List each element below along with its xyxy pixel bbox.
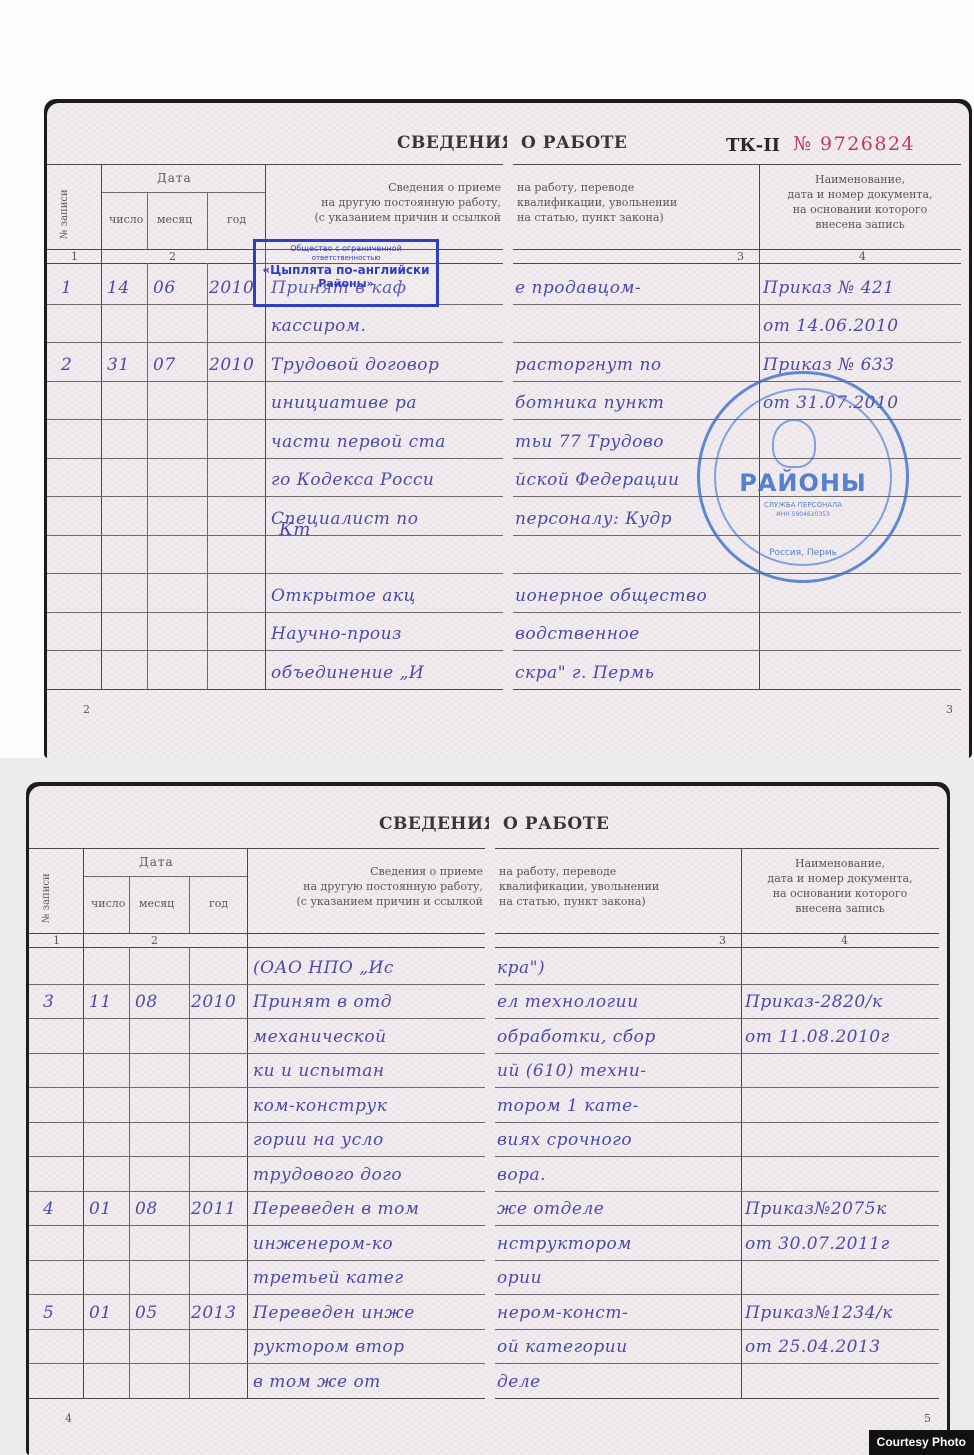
col-number-1: 1	[71, 250, 78, 263]
col-header-year: год	[209, 896, 228, 911]
col-number-1: 1	[53, 934, 60, 947]
page-5: О РАБОТЕ на работу, переводеквалификации…	[489, 786, 947, 1455]
row-line	[29, 1191, 485, 1192]
row-line	[513, 304, 961, 305]
col-header-day: число	[91, 896, 125, 911]
record-number: 5	[43, 1303, 54, 1323]
row-line	[47, 612, 503, 613]
row-line	[495, 1329, 939, 1330]
page-number: 5	[924, 1412, 931, 1425]
row-line	[47, 381, 503, 382]
stamp-city-text: Россия, Пермь	[700, 548, 906, 558]
table-top-border	[495, 848, 939, 849]
record-document: от 14.06.2010	[763, 316, 899, 336]
header-line: на другую постоянную работу,	[315, 195, 502, 210]
record-text-left: части первой ста	[271, 432, 446, 452]
page-number: 2	[83, 703, 90, 716]
record-text-right: водственное	[515, 624, 640, 644]
row-line	[495, 1294, 939, 1295]
header-line: Сведения о приеме	[297, 864, 484, 879]
row-line	[29, 1156, 485, 1157]
record-text-right: виях срочного	[497, 1130, 632, 1150]
record-text-left: в том же от	[253, 1372, 381, 1392]
record-text-left: инженером-ко	[253, 1234, 393, 1254]
record-document: Приказ № 633	[763, 355, 895, 375]
record-text-left: Научно-произ	[271, 624, 402, 644]
record-text-left: объединение „И	[271, 663, 424, 683]
row-line	[29, 1294, 485, 1295]
record-month: 08	[135, 1199, 158, 1219]
record-text-left: Переведен инже	[253, 1303, 415, 1323]
record-text-right: обработки, сбор	[497, 1027, 656, 1047]
row-line	[29, 1363, 485, 1364]
row-line	[495, 1053, 939, 1054]
col-header-document: Наименование,дата и номер документа,на о…	[745, 856, 935, 916]
record-text-right: же отделе	[497, 1199, 604, 1219]
record-document: Приказ № 421	[763, 278, 895, 298]
record-day: 01	[89, 1199, 112, 1219]
col-divider	[83, 848, 84, 1398]
col-header-document: Наименование,дата и номер документа,на о…	[763, 172, 957, 232]
record-month: 06	[153, 278, 176, 298]
record-document: Приказ№1234/к	[745, 1303, 893, 1323]
record-text-right: кра")	[497, 958, 545, 978]
record-text-right: ой категории	[497, 1337, 628, 1357]
col-header-info-left: Сведения о приемена другую постоянную ра…	[315, 180, 502, 225]
row-line	[29, 1329, 485, 1330]
record-text-left: инициативе ра	[271, 393, 417, 413]
header-line: (с указанием причин и ссылкой	[315, 210, 502, 225]
table-top-border	[29, 848, 485, 849]
row-line	[47, 458, 503, 459]
table-top-border	[47, 164, 503, 165]
top-spread: СВЕДЕНИЯ № записиДатачисломесяцгодСведен…	[0, 0, 974, 758]
record-text-right: ботника пункт	[515, 393, 664, 413]
page-number: 3	[946, 703, 953, 716]
header-line: Наименование,	[763, 172, 957, 187]
page-4: СВЕДЕНИЯ № записиДатачисломесяцгодСведен…	[29, 786, 489, 1455]
photo-credit: Courtesy Photo	[869, 1430, 974, 1455]
page-number: 4	[65, 1412, 72, 1425]
col-divider	[189, 947, 190, 1398]
record-month: 07	[153, 355, 176, 375]
row-line	[513, 573, 961, 574]
heading-right: О РАБОТЕ	[521, 133, 627, 153]
row-line	[495, 1363, 939, 1364]
record-text-left: третьей катег	[253, 1268, 403, 1288]
record-text-left: Трудовой договор	[271, 355, 439, 375]
row-line	[495, 1087, 939, 1088]
record-text-right: скра" г. Пермь	[515, 663, 654, 683]
record-document: Приказ-2820/к	[745, 992, 883, 1012]
row-line	[29, 1122, 485, 1123]
record-text-right: ории	[497, 1268, 542, 1288]
row-line	[29, 1260, 485, 1261]
row-line	[495, 984, 939, 985]
record-text-right: тором 1 кате-	[497, 1096, 639, 1116]
header-line: Наименование,	[745, 856, 935, 871]
table-bottom-border	[495, 1398, 939, 1399]
record-text-left: ки и испытан	[253, 1061, 385, 1081]
heading-left: СВЕДЕНИЯ	[397, 133, 507, 153]
record-text-left: руктором втор	[253, 1337, 405, 1357]
record-year: 2010	[191, 992, 236, 1012]
record-text-right: вора.	[497, 1165, 546, 1185]
row-line	[47, 419, 503, 420]
record-year: 2013	[191, 1303, 236, 1323]
row-line	[47, 496, 503, 497]
row-line	[495, 1260, 939, 1261]
stamp-dept-text: СЛУЖБА ПЕРСОНАЛА	[700, 501, 906, 509]
col-number-4: 4	[859, 250, 866, 263]
bottom-spread: СВЕДЕНИЯ № записиДатачисломесяцгодСведен…	[0, 758, 974, 1455]
record-text-right: ий (610) техни-	[497, 1061, 647, 1081]
row-line	[29, 1087, 485, 1088]
header-line: на статью, пункт закона)	[499, 894, 659, 909]
record-document: от 25.04.2013	[745, 1337, 881, 1357]
stamp-inn-text: ИНН 5904620353	[700, 511, 906, 518]
page-2: СВЕДЕНИЯ № записиДатачисломесяцгодСведен…	[47, 103, 507, 758]
record-text-left: гории на усло	[253, 1130, 384, 1150]
row-line	[513, 381, 961, 382]
col-header-month: месяц	[139, 896, 174, 911]
table-bottom-border	[29, 1398, 485, 1399]
record-text-left: Принят в отд	[253, 992, 392, 1012]
header-line: дата и номер документа,	[745, 871, 935, 886]
col-number-2: 2	[151, 934, 158, 947]
header-line: на основании которого	[745, 886, 935, 901]
col-header-record-no: № записи	[39, 873, 54, 923]
stamp-line: «Цыплята по-английски	[256, 263, 436, 277]
record-month: 08	[135, 992, 158, 1012]
col-header-info-right: на работу, переводеквалификации, увольне…	[517, 180, 677, 225]
record-document: Приказ№2075к	[745, 1199, 887, 1219]
col-divider	[247, 848, 248, 1398]
record-day: 31	[107, 355, 130, 375]
header-line: внесена запись	[745, 901, 935, 916]
row-line	[47, 342, 503, 343]
record-month: 05	[135, 1303, 158, 1323]
row-line	[495, 1156, 939, 1157]
header-line: на основании которого	[763, 202, 957, 217]
record-day: 14	[107, 278, 130, 298]
stamp-emblem-icon	[772, 419, 816, 468]
record-text-left: Открытое акц	[271, 586, 416, 606]
header-bottom-border	[495, 933, 939, 934]
record-text-right: нером-конст-	[497, 1303, 628, 1323]
col-divider	[129, 876, 130, 933]
col-divider	[147, 192, 148, 249]
company-round-stamp: РАЙОНЫСЛУЖБА ПЕРСОНАЛАИНН 5904620353Росс…	[697, 371, 909, 583]
header-line: на работу, переводе	[517, 180, 677, 195]
row-line	[495, 1191, 939, 1192]
serial-number: № 9726824	[793, 133, 915, 155]
header-line: квалификации, увольнении	[517, 195, 677, 210]
row-line	[29, 1053, 485, 1054]
record-day: 01	[89, 1303, 112, 1323]
form-series: ТК-II	[726, 135, 780, 156]
heading-right: О РАБОТЕ	[503, 814, 609, 834]
col-header-record-no: № записи	[57, 189, 72, 239]
col-number-3: 3	[737, 250, 744, 263]
header-line: Сведения о приеме	[315, 180, 502, 195]
row-line	[513, 650, 961, 651]
row-line	[513, 612, 961, 613]
col-header-info-left: Сведения о приемена другую постоянную ра…	[297, 864, 484, 909]
col-header-day: число	[109, 212, 143, 227]
col-divider	[207, 192, 208, 249]
header-line: квалификации, увольнении	[499, 879, 659, 894]
signature: Кт	[279, 519, 311, 540]
record-number: 1	[61, 278, 72, 298]
record-text-right: расторгнут по	[515, 355, 662, 375]
col-divider	[101, 164, 102, 689]
record-text-right: е продавцом-	[515, 278, 641, 298]
date-header-divider	[101, 192, 265, 193]
page-3: О РАБОТЕ ТК-II № 9726824 на работу, пере…	[507, 103, 969, 758]
header-line: (с указанием причин и ссылкой	[297, 894, 484, 909]
record-number: 2	[61, 355, 72, 375]
record-year: 2011	[191, 1199, 236, 1219]
workbook-spread-pages-4-5: СВЕДЕНИЯ № записиДатачисломесяцгодСведен…	[26, 782, 950, 1455]
header-line: на другую постоянную работу,	[297, 879, 484, 894]
record-text-left: го Кодекса Росси	[271, 470, 434, 490]
col-header-month: месяц	[157, 212, 192, 227]
heading-left: СВЕДЕНИЯ	[379, 814, 489, 834]
record-text-left: ком-конструк	[253, 1096, 387, 1116]
col-divider	[189, 876, 190, 933]
workbook-spread-pages-2-3: СВЕДЕНИЯ № записиДатачисломесяцгодСведен…	[44, 99, 972, 758]
stamp-center-text: РАЙОНЫ	[700, 469, 906, 497]
record-text-left: механической	[253, 1027, 387, 1047]
record-text-right: тьи 77 Трудово	[515, 432, 664, 452]
stamp-line: Районы»	[256, 277, 436, 290]
table-top-border	[513, 164, 961, 165]
date-header-divider	[83, 876, 247, 877]
row-line	[495, 1122, 939, 1123]
record-number: 3	[43, 992, 54, 1012]
col-header-year: год	[227, 212, 246, 227]
row-line	[29, 1225, 485, 1226]
row-line	[29, 984, 485, 985]
record-text-right: нструктором	[497, 1234, 632, 1254]
record-text-left: Переведен в том	[253, 1199, 419, 1219]
number-row-border	[495, 947, 939, 948]
header-line: на статью, пункт закона)	[517, 210, 677, 225]
record-document: от 30.07.2011г	[745, 1234, 890, 1254]
number-row-border	[29, 947, 485, 948]
col-divider	[129, 947, 130, 1398]
header-bottom-border	[29, 933, 485, 934]
row-line	[495, 1225, 939, 1226]
col-number-4: 4	[841, 934, 848, 947]
record-year: 2010	[209, 278, 254, 298]
record-text-left: (ОАО НПО „Ис	[253, 958, 394, 978]
row-line	[47, 535, 503, 536]
record-text-right: йской Федерации	[515, 470, 680, 490]
col-divider	[207, 263, 208, 689]
col-divider	[147, 263, 148, 689]
stamp-line: Общество с ограниченной	[256, 244, 436, 254]
row-line	[495, 1018, 939, 1019]
record-year: 2010	[209, 355, 254, 375]
record-text-right: персоналу: Кудр	[515, 509, 672, 529]
number-row-border	[513, 263, 961, 264]
stamp-line: ответственностью	[256, 254, 436, 263]
record-text-right: ионерное общество	[515, 586, 707, 606]
table-bottom-border	[47, 689, 503, 690]
company-rect-stamp: Общество с ограниченнойответственностью«…	[253, 239, 439, 307]
record-text-right: ел технологии	[497, 992, 639, 1012]
record-number: 4	[43, 1199, 54, 1219]
col-number-3: 3	[719, 934, 726, 947]
col-header-info-right: на работу, переводеквалификации, увольне…	[499, 864, 659, 909]
row-line	[29, 1018, 485, 1019]
row-line	[47, 573, 503, 574]
record-text-left: трудового дого	[253, 1165, 402, 1185]
table-bottom-border	[513, 689, 961, 690]
record-text-left: кассиром.	[271, 316, 366, 336]
row-line	[47, 650, 503, 651]
header-line: дата и номер документа,	[763, 187, 957, 202]
col-divider	[741, 848, 742, 1398]
row-line	[513, 342, 961, 343]
col-header-date: Дата	[157, 171, 192, 186]
col-number-2: 2	[169, 250, 176, 263]
header-line: внесена запись	[763, 217, 957, 232]
header-line: на работу, переводе	[499, 864, 659, 879]
record-text-right: деле	[497, 1372, 541, 1392]
record-document: от 11.08.2010г	[745, 1027, 890, 1047]
record-day: 11	[89, 992, 112, 1012]
col-header-date: Дата	[139, 855, 174, 870]
